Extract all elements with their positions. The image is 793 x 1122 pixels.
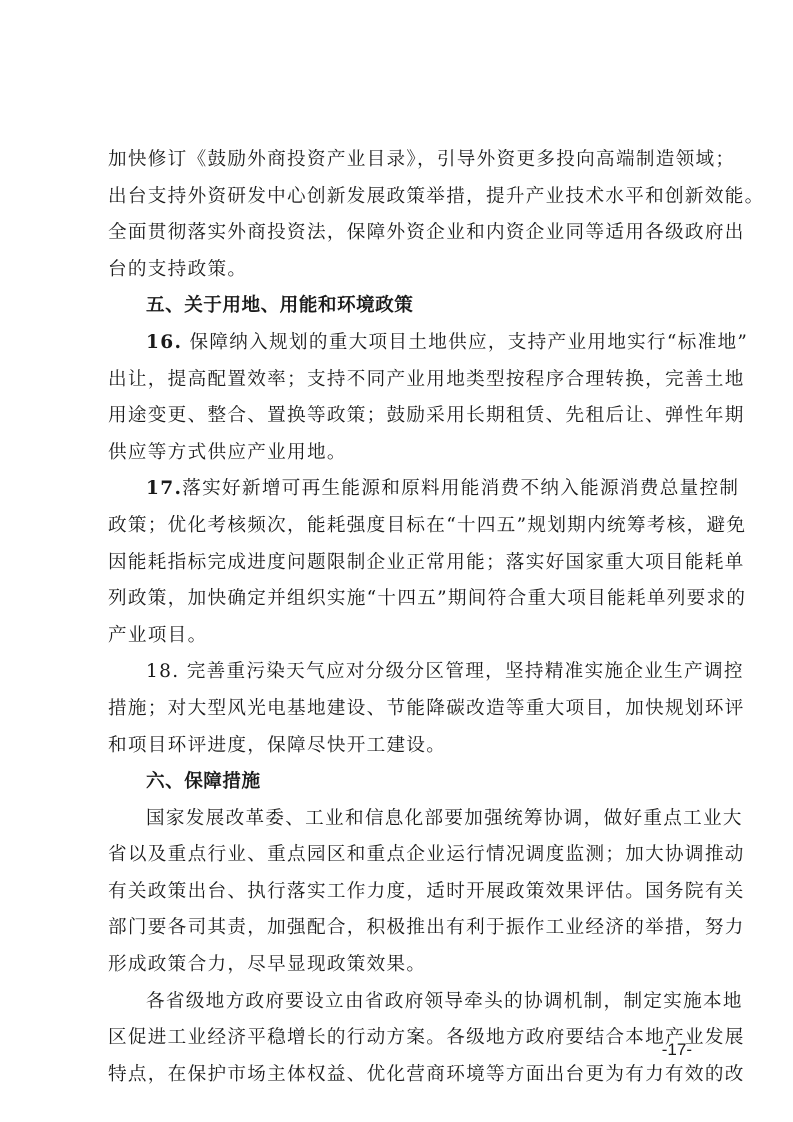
text-line: 部门要各司其责，加强配合，积极推出有利于振作工业经济的举措，努力: [108, 910, 690, 947]
text-span: 保障纳入规划的重大项目土地供应，支持产业用地实行“标准地”: [189, 332, 748, 353]
text-line: 全面贯彻落实外商投资法，保障外资企业和内资企业同等适用各级政府出: [108, 215, 690, 252]
page-number: -17-: [662, 1040, 692, 1060]
text-line: 区促进工业经济平稳增长的行动方案。各级地方政府要结合本地产业发展: [108, 1020, 690, 1057]
text-line: 产业项目。: [108, 618, 690, 655]
paragraph-continuation: 加快修订《鼓励外商投资产业目录》，引导外资更多投向高端制造领域； 出台支持外资研…: [108, 142, 690, 288]
text-line: 18. 完善重污染天气应对分级分区管理，坚持精准实施企业生产调控: [108, 654, 690, 691]
text-line: 形成政策合力，尽早显现政策效果。: [108, 947, 690, 984]
text-line: 16. 保障纳入规划的重大项目土地供应，支持产业用地实行“标准地”: [108, 325, 690, 362]
text-line: 列政策，加快确定并组织实施“十四五”期间符合重大项目能耗单列要求的: [108, 581, 690, 618]
text-line: 省以及重点行业、重点园区和重点企业运行情况调度监测；加大协调推动: [108, 837, 690, 874]
text-line: 政策；优化考核频次，能耗强度目标在“十四五”规划期内统筹考核，避免: [108, 508, 690, 545]
paragraph: 各省级地方政府要设立由省政府领导牵头的协调机制，制定实施本地 区促进工业经济平稳…: [108, 984, 690, 1094]
text-span: 完善重污染天气应对分级分区管理，坚持精准实施企业生产调控: [187, 661, 744, 682]
text-line: 供应等方式供应产业用地。: [108, 435, 690, 472]
section-heading-safeguard-measures: 六、保障措施: [108, 764, 690, 801]
numbered-paragraph-16: 16. 保障纳入规划的重大项目土地供应，支持产业用地实行“标准地” 出让，提高配…: [108, 325, 690, 471]
text-line: 加快修订《鼓励外商投资产业目录》，引导外资更多投向高端制造领域；: [108, 142, 690, 179]
text-line: 特点，在保护市场主体权益、优化营商环境等方面出台更为有力有效的改: [108, 1057, 690, 1094]
item-number: 16.: [146, 332, 182, 353]
item-number: 18.: [146, 661, 179, 682]
numbered-paragraph-17: 17.落实好新增可再生能源和原料用能消费不纳入能源消费总量控制 政策；优化考核频…: [108, 471, 690, 654]
section-heading-land-energy-environment: 五、关于用地、用能和环境政策: [108, 288, 690, 325]
text-line: 用途变更、整合、置换等政策；鼓励采用长期租赁、先租后让、弹性年期: [108, 398, 690, 435]
text-line: 出让，提高配置效率；支持不同产业用地类型按程序合理转换，完善土地: [108, 362, 690, 399]
text-line: 出台支持外资研发中心创新发展政策举措，提升产业技术水平和创新效能。: [108, 179, 690, 216]
document-page: 加快修订《鼓励外商投资产业目录》，引导外资更多投向高端制造领域； 出台支持外资研…: [108, 142, 690, 1093]
text-line: 国家发展改革委、工业和信息化部要加强统筹协调，做好重点工业大: [108, 801, 690, 838]
text-line: 有关政策出台、执行落实工作力度，适时开展政策效果评估。国务院有关: [108, 874, 690, 911]
text-line: 因能耗指标完成进度问题限制企业正常用能；落实好国家重大项目能耗单: [108, 545, 690, 582]
text-span: 落实好新增可再生能源和原料用能消费不纳入能源消费总量控制: [182, 478, 739, 499]
text-line: 措施；对大型风光电基地建设、节能降碳改造等重大项目，加快规划环评: [108, 691, 690, 728]
text-line: 各省级地方政府要设立由省政府领导牵头的协调机制，制定实施本地: [108, 984, 690, 1021]
item-number: 17.: [146, 478, 182, 499]
numbered-paragraph-18: 18. 完善重污染天气应对分级分区管理，坚持精准实施企业生产调控 措施；对大型风…: [108, 654, 690, 764]
paragraph: 国家发展改革委、工业和信息化部要加强统筹协调，做好重点工业大 省以及重点行业、重…: [108, 801, 690, 984]
text-line: 和项目环评进度，保障尽快开工建设。: [108, 728, 690, 765]
text-line: 台的支持政策。: [108, 252, 690, 289]
text-line: 17.落实好新增可再生能源和原料用能消费不纳入能源消费总量控制: [108, 471, 690, 508]
